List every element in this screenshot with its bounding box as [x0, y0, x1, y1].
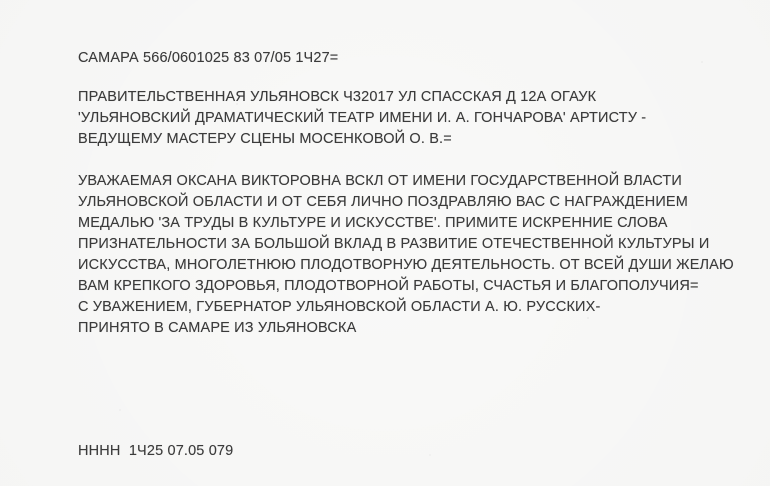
- telegram-body-line-3: МЕДАЛЬЮ 'ЗА ТРУДЫ В КУЛЬТУРЕ И ИСКУССТВЕ…: [78, 213, 734, 234]
- telegram-received-line: ПРИНЯТО В САМАРЕ ИЗ УЛЬЯНОВСКА: [78, 318, 734, 339]
- telegram-body-line-1: УВАЖАЕМАЯ ОКСАНА ВИКТОРОВНА ВСКЛ ОТ ИМЕН…: [78, 171, 734, 192]
- telegram-footer-block: НННН 1Ч25 07.05 079: [78, 441, 233, 462]
- telegram-service-code-line: НННН 1Ч25 07.05 079: [78, 441, 233, 462]
- scanned-telegram-page: САМАРА 566/0601025 83 07/05 1Ч27= ПРАВИТ…: [0, 0, 770, 486]
- telegram-body-line-5: ИСКУССТВА, МНОГОЛЕТНЮЮ ПЛОДОТВОРНУЮ ДЕЯТ…: [78, 255, 734, 276]
- telegram-address-line-2: 'УЛЬЯНОВСКИЙ ДРАМАТИЧЕСКИЙ ТЕАТР ИМЕНИ И…: [78, 108, 646, 129]
- telegram-origin-line: САМАРА 566/0601025 83 07/05 1Ч27=: [78, 48, 338, 69]
- telegram-body-line-6: ВАМ КРЕПКОГО ЗДОРОВЬЯ, ПЛОДОТВОРНОЙ РАБО…: [78, 276, 734, 297]
- telegram-header-block: САМАРА 566/0601025 83 07/05 1Ч27=: [78, 48, 338, 69]
- telegram-address-line-1: ПРАВИТЕЛЬСТВЕННАЯ УЛЬЯНОВСК Ч32017 УЛ СП…: [78, 87, 646, 108]
- telegram-address-line-3: ВЕДУЩЕМУ МАСТЕРУ СЦЕНЫ МОСЕНКОВОЙ О. В.=: [78, 129, 646, 150]
- telegram-body-line-4: ПРИЗНАТЕЛЬНОСТИ ЗА БОЛЬШОЙ ВКЛАД В РАЗВИ…: [78, 234, 734, 255]
- telegram-signature-line: С УВАЖЕНИЕМ, ГУБЕРНАТОР УЛЬЯНОВСКОЙ ОБЛА…: [78, 297, 734, 318]
- telegram-body-block: УВАЖАЕМАЯ ОКСАНА ВИКТОРОВНА ВСКЛ ОТ ИМЕН…: [78, 171, 734, 339]
- telegram-address-block: ПРАВИТЕЛЬСТВЕННАЯ УЛЬЯНОВСК Ч32017 УЛ СП…: [78, 87, 646, 150]
- telegram-body-line-2: УЛЬЯНОВСКОЙ ОБЛАСТИ И ОТ СЕБЯ ЛИЧНО ПОЗД…: [78, 192, 734, 213]
